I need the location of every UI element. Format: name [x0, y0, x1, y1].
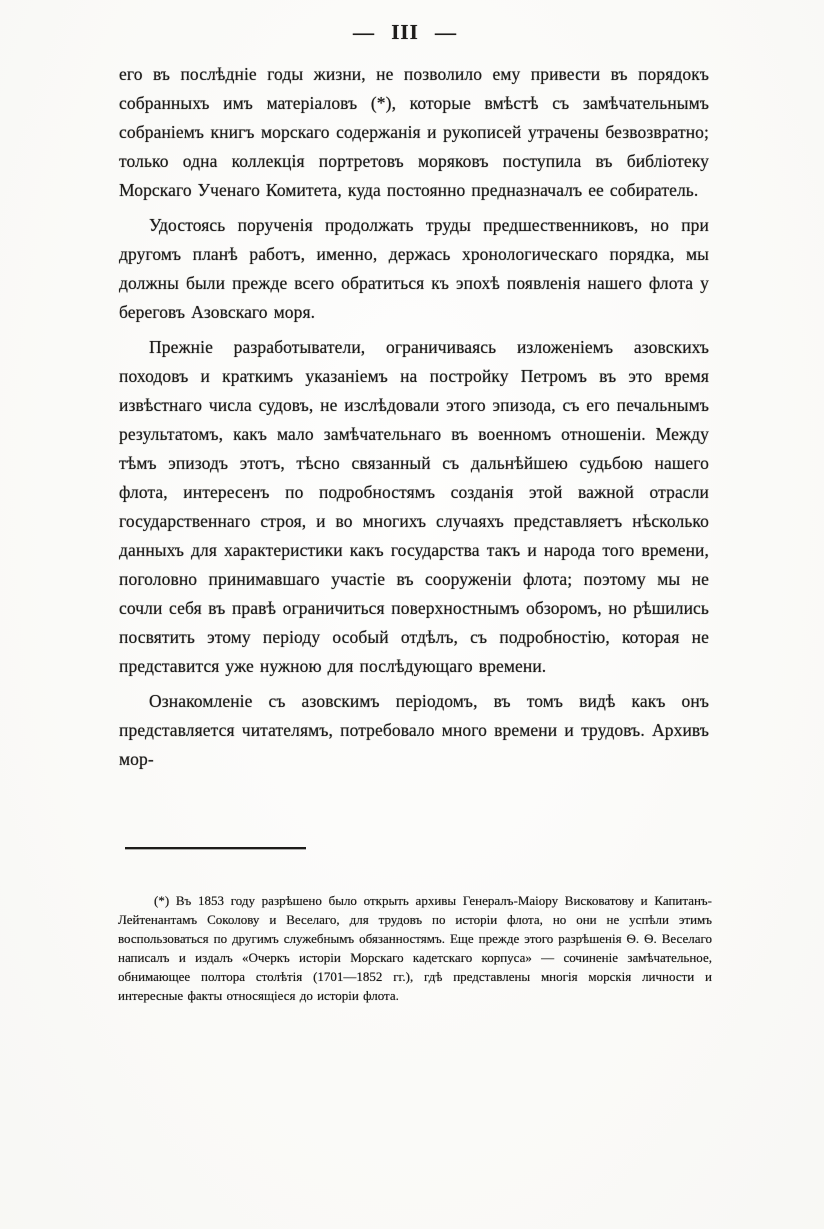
paragraph-3: Прежніе разработыватели, ограничиваясь и…: [119, 333, 709, 681]
paragraph-1: его въ послѣдніе годы жизни, не позволил…: [119, 60, 709, 205]
page-body: его въ послѣдніе годы жизни, не позволил…: [119, 60, 709, 780]
paragraph-4: Ознакомленіе съ азовскимъ періодомъ, въ …: [119, 687, 709, 774]
footnote-separator: [125, 847, 306, 849]
book-page: — III — его въ послѣдніе годы жизни, не …: [0, 0, 824, 1229]
paragraph-2: Удостоясь порученія продолжать труды пре…: [119, 211, 709, 327]
page-number: — III —: [0, 20, 810, 45]
footnote: (*) Въ 1853 году разрѣшено было открыть …: [118, 891, 712, 1005]
